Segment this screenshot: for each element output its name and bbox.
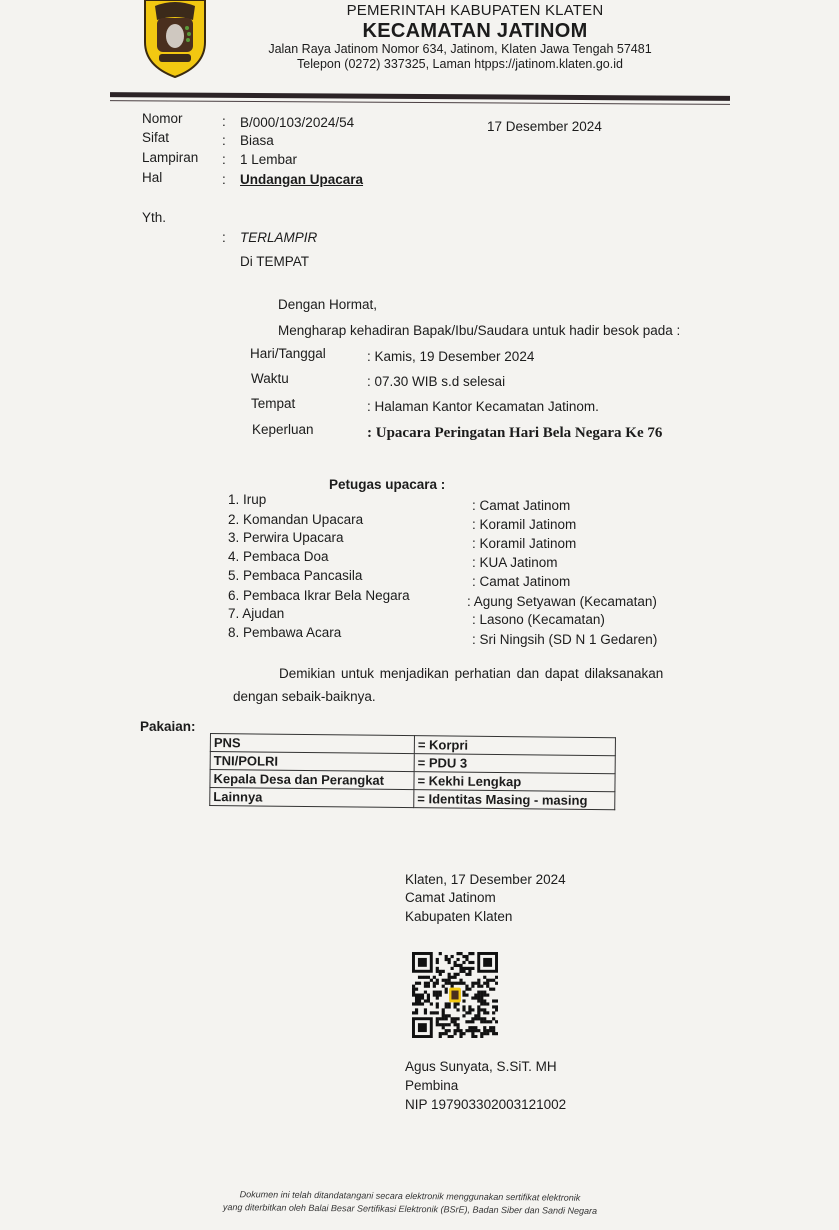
meta-sep: : xyxy=(222,152,226,167)
detail-place: : Halaman Kantor Kecamatan Jatinom. xyxy=(367,399,599,414)
officer-person: : Camat Jatinom xyxy=(472,574,570,589)
officer-role: 1. Irup xyxy=(228,492,266,507)
detail-purpose: : Upacara Peringatan Hari Bela Negara Ke… xyxy=(367,425,662,442)
footer-line2: yang diterbitkan oleh Balai Besar Sertif… xyxy=(180,1202,640,1217)
meta-sep: : xyxy=(222,114,226,129)
meta-number: B/000/103/2024/54 xyxy=(240,115,354,130)
recipient-name: TERLAMPIR xyxy=(240,230,317,245)
meta-label: Nomor xyxy=(142,111,183,126)
kabupaten-emblem-icon xyxy=(143,0,207,78)
detail-label: Waktu xyxy=(251,371,289,386)
meta-label: Lampiran xyxy=(142,150,198,165)
qr-code-icon xyxy=(412,952,498,1038)
meta-label: Hal xyxy=(142,170,162,185)
signatory-name: Agus Sunyata, S.SiT. MH xyxy=(405,1059,557,1074)
officer-role: 4. Pembaca Doa xyxy=(228,549,329,564)
attire-label: Pakaian: xyxy=(140,719,196,734)
detail-time: : 07.30 WIB s.d selesai xyxy=(367,374,505,389)
detail-label: Keperluan xyxy=(252,422,314,437)
officer-role: 8. Pembawa Acara xyxy=(228,625,341,640)
attire-group: TNI/POLRI xyxy=(210,752,414,772)
closing-line1: Demikian untuk menjadikan perhatian dan … xyxy=(279,666,663,681)
letterhead-government: PEMERINTAH KABUPATEN KLATEN xyxy=(280,2,670,19)
signature-region: Kabupaten Klaten xyxy=(405,909,512,924)
meta-label: Sifat xyxy=(142,130,169,145)
attire-value: = Identitas Masing - masing xyxy=(414,790,615,810)
attire-table: PNS = Korpri TNI/POLRI = PDU 3 Kepala De… xyxy=(209,733,616,810)
detail-label: Hari/Tanggal xyxy=(250,346,326,361)
officer-role: 5. Pembaca Pancasila xyxy=(228,568,362,583)
meta-sep: : xyxy=(222,133,226,148)
officer-role: 2. Komandan Upacara xyxy=(228,512,363,527)
officer-person: : KUA Jatinom xyxy=(472,555,558,570)
meta-sep: : xyxy=(222,172,226,187)
officer-person: : Sri Ningsih (SD N 1 Gedaren) xyxy=(472,632,657,647)
letterhead-rule-thin xyxy=(110,100,730,105)
signatory-rank: Pembina xyxy=(405,1078,458,1093)
officer-person: : Koramil Jatinom xyxy=(472,536,576,551)
signature-place-date: Klaten, 17 Desember 2024 xyxy=(405,872,566,887)
letterhead-rule-thick xyxy=(110,92,730,101)
detail-date: : Kamis, 19 Desember 2024 xyxy=(367,349,534,364)
recipient-salutation: Yth. xyxy=(142,210,166,225)
attire-value: = Kekhi Lengkap xyxy=(414,772,615,792)
detail-label: Tempat xyxy=(251,396,295,411)
officer-person: : Camat Jatinom xyxy=(472,498,570,513)
officer-person: : Lasono (Kecamatan) xyxy=(472,612,605,627)
recipient-sep: : xyxy=(222,230,226,245)
invitation-intro: Mengharap kehadiran Bapak/Ibu/Saudara un… xyxy=(278,323,680,338)
letter-date: 17 Desember 2024 xyxy=(487,119,602,134)
recipient-place: Di TEMPAT xyxy=(240,254,309,269)
footer-line1: Dokumen ini telah ditandatangani secara … xyxy=(180,1189,640,1204)
attire-group: Kepala Desa dan Perangkat xyxy=(210,770,414,790)
attire-value: = Korpri xyxy=(414,736,615,756)
officers-title: Petugas upacara : xyxy=(329,477,445,492)
meta-subject: Undangan Upacara xyxy=(240,172,363,187)
letterhead-address: Jalan Raya Jatinom Nomor 634, Jatinom, K… xyxy=(250,42,670,56)
signature-position: Camat Jatinom xyxy=(405,890,496,905)
meta-attachment: 1 Lembar xyxy=(240,152,297,167)
officer-role: 6. Pembaca Ikrar Bela Negara xyxy=(228,588,410,603)
officer-role: 3. Perwira Upacara xyxy=(228,530,344,545)
officer-person: : Agung Setyawan (Kecamatan) xyxy=(467,594,657,609)
signatory-nip: NIP 197903302003121002 xyxy=(405,1097,566,1112)
letterhead-office: KECAMATAN JATINOM xyxy=(280,20,670,43)
attire-value: = PDU 3 xyxy=(414,754,615,774)
officer-role: 7. Ajudan xyxy=(228,606,284,621)
attire-group: Lainnya xyxy=(210,788,414,808)
officer-person: : Koramil Jatinom xyxy=(472,517,576,532)
greeting: Dengan Hormat, xyxy=(278,297,377,312)
closing-line2: dengan sebaik-baiknya. xyxy=(233,689,376,704)
meta-nature: Biasa xyxy=(240,133,274,148)
letterhead-contact: Telepon (0272) 337325, Laman htpps://jat… xyxy=(250,57,670,71)
table-row: Lainnya = Identitas Masing - masing xyxy=(210,788,615,810)
attire-group: PNS xyxy=(210,734,414,754)
